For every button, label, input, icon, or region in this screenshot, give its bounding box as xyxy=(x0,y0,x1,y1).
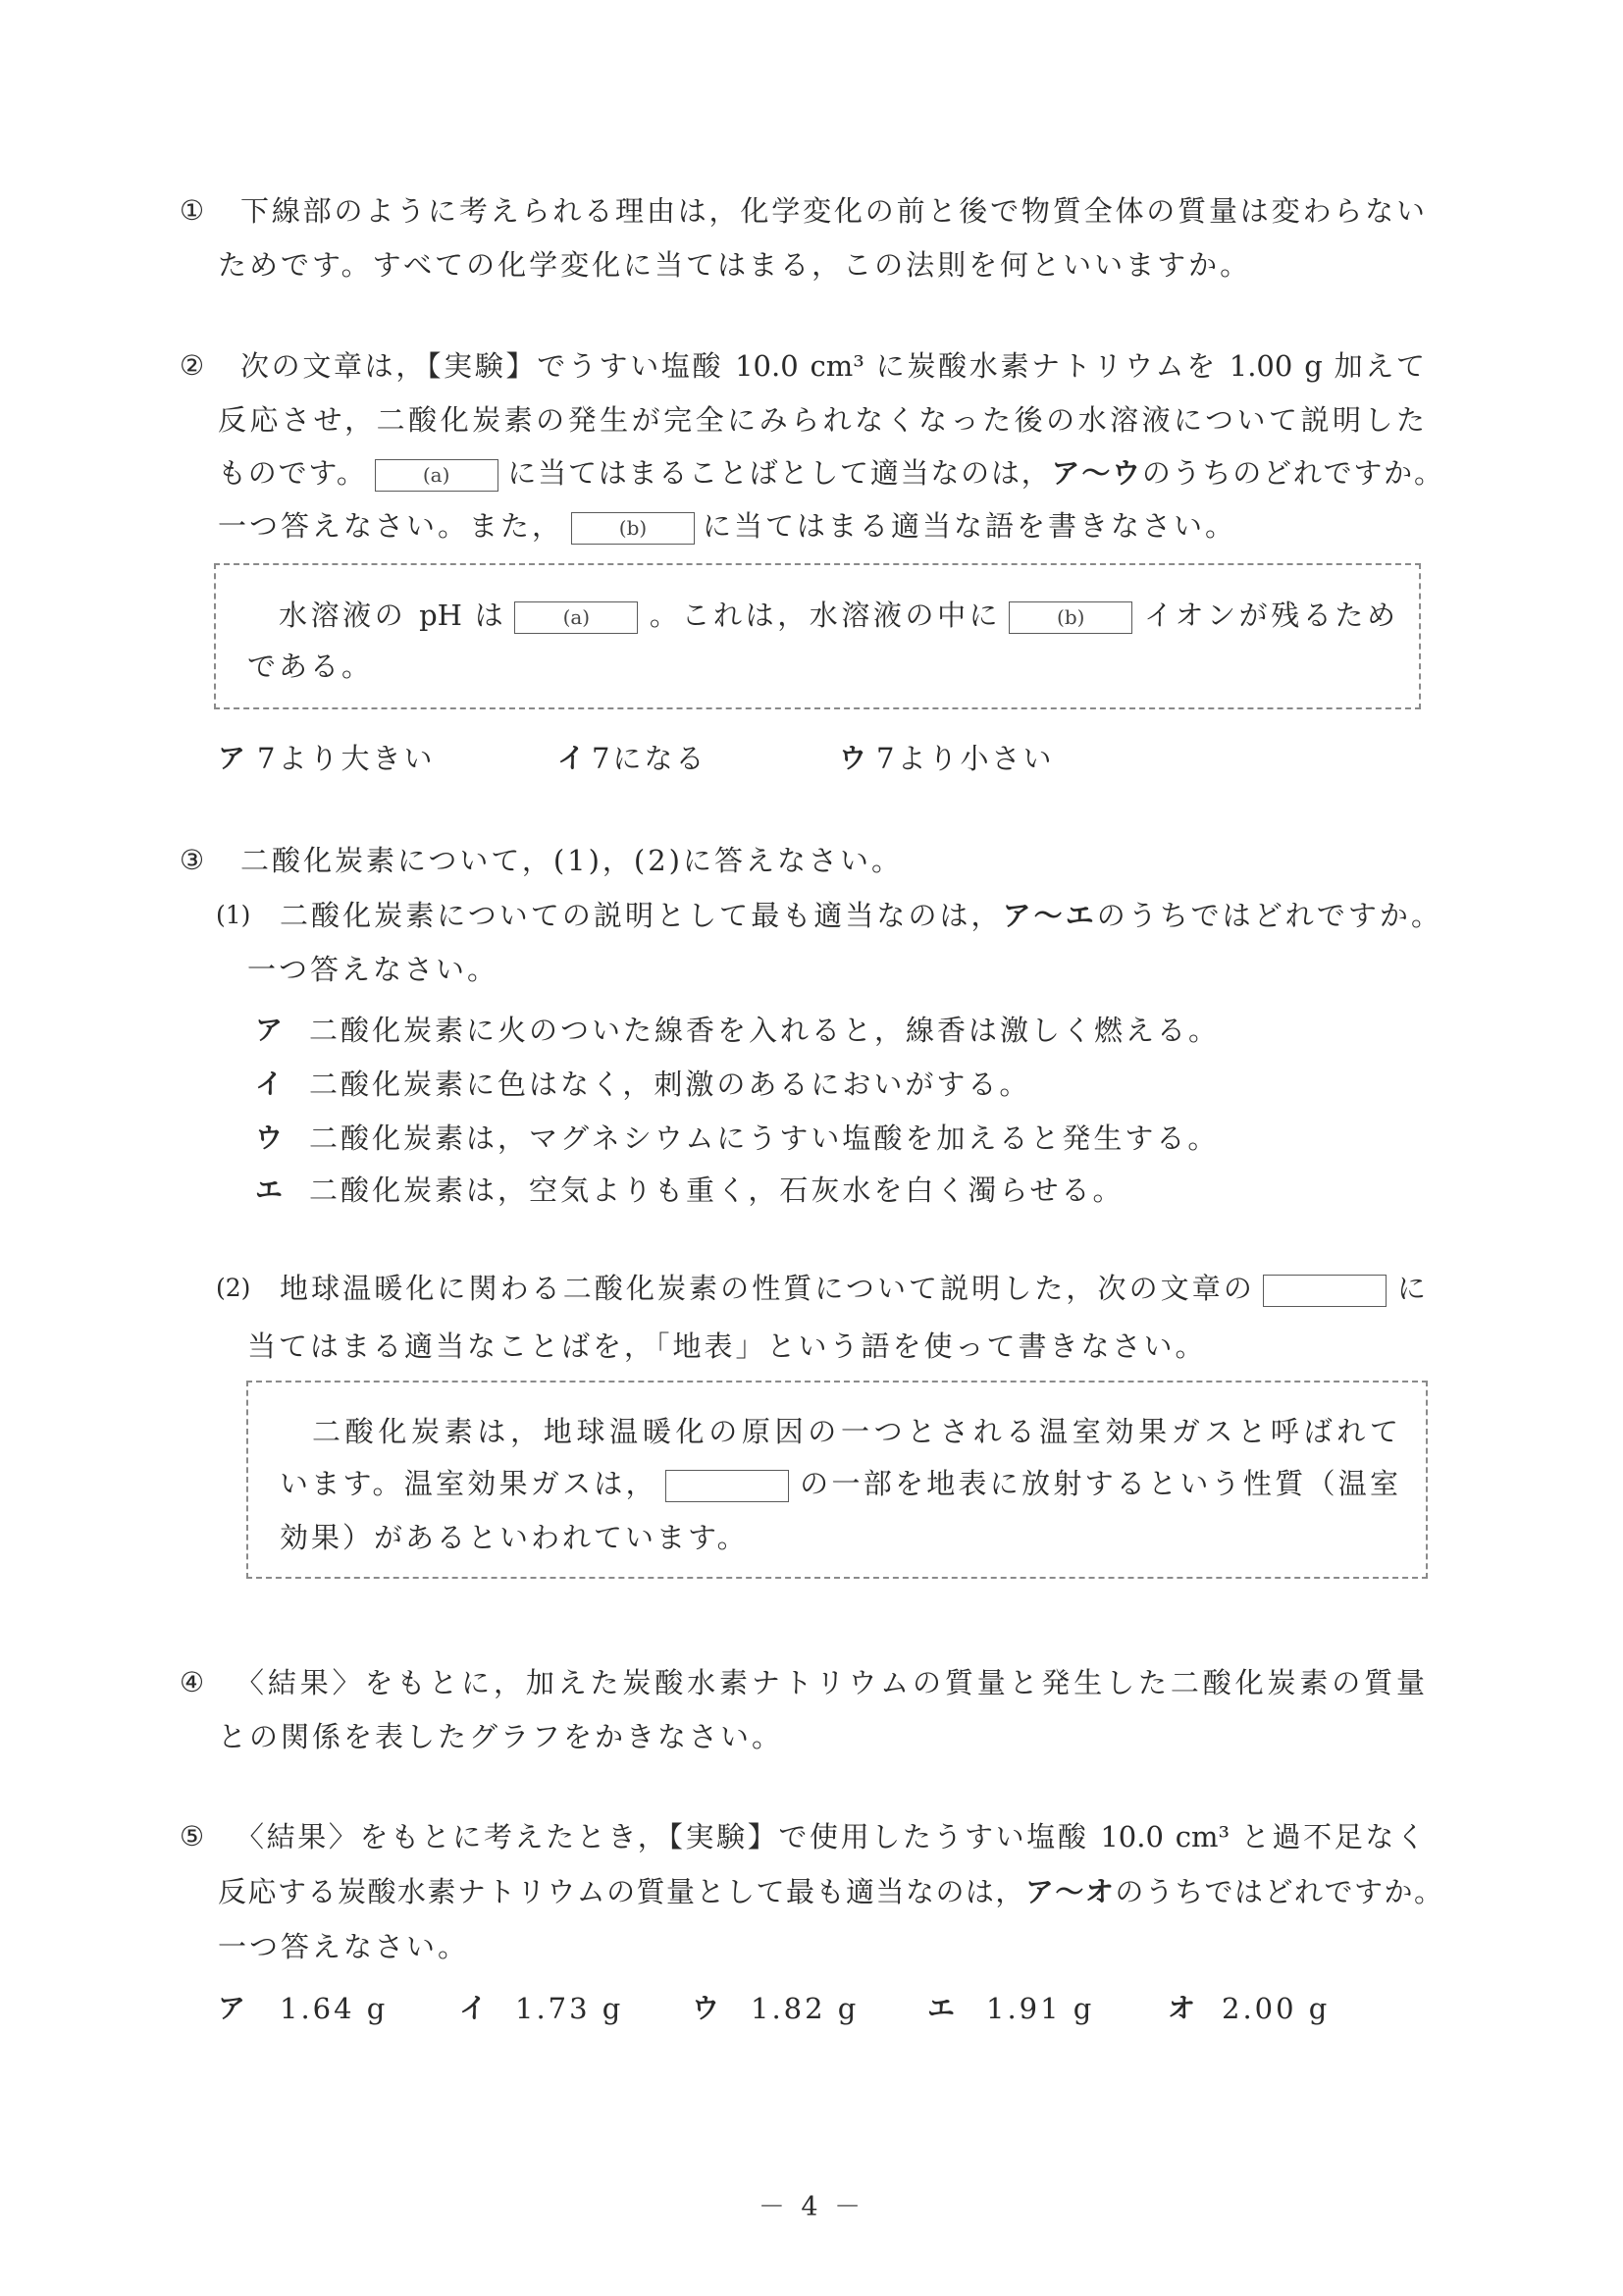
text-segment: に当てはまることばとして適当なのは， xyxy=(506,456,1052,490)
text-segment: のうちではどれですか。 xyxy=(1097,899,1440,932)
question-text-line: 反応する炭酸水素ナトリウムの質量として最も適当なのは，ア～オのうちではどれですか… xyxy=(218,1865,1442,1918)
question-text-line: 〈結果〉をもとに考えたとき，【実験】で使用したうすい塩酸 10.0 cm³ と過… xyxy=(236,1810,1425,1863)
option-text: 1.64 g xyxy=(280,1982,388,2035)
passage-line: 二酸化炭素は，地球温暖化の原因の一つとされる温室効果ガスと呼ばれて xyxy=(312,1405,1398,1458)
option-text: 二酸化炭素は，空気よりも重く，石灰水を白く濁らせる。 xyxy=(309,1164,1125,1217)
option-text: 1.82 g xyxy=(751,1982,859,2035)
option-label: オ xyxy=(1168,1982,1195,2035)
answer-blank xyxy=(665,1470,789,1502)
text-segment: 。これは，水溶液の中に xyxy=(646,599,1001,632)
option-text: 7より大きい xyxy=(257,732,435,785)
option-label: イ xyxy=(557,732,585,785)
choice-range: ア～エ xyxy=(1003,899,1097,932)
option-text: 7より小さい xyxy=(876,732,1054,785)
answer-blank xyxy=(1263,1275,1387,1307)
choice-range: ア～オ xyxy=(1025,1875,1115,1908)
option-label: ア xyxy=(218,1982,245,2035)
option-text: 二酸化炭素は，マグネシウムにうすい塩酸を加えると発生する。 xyxy=(309,1112,1219,1165)
question-text-line: との関係を表したグラフをかきなさい。 xyxy=(218,1710,783,1763)
text-segment: のうちのどれですか。 xyxy=(1142,456,1442,490)
text-segment: 反応する炭酸水素ナトリウムの質量として最も適当なのは， xyxy=(218,1875,1025,1908)
question-number: ② xyxy=(180,339,204,392)
question-number: ⑤ xyxy=(180,1810,204,1863)
question-text-line: 〈結果〉をもとに，加えた炭酸水素ナトリウムの質量と発生した二酸化炭素の質量 xyxy=(236,1656,1425,1709)
option-label: ア xyxy=(218,732,245,785)
question-text-line: 次の文章は，【実験】でうすい塩酸 10.0 cm³ に炭酸水素ナトリウムを 1.… xyxy=(240,339,1425,392)
option-label: イ xyxy=(459,1982,487,2035)
text-segment: ものです。 xyxy=(218,456,367,490)
text-segment: イオンが残るため xyxy=(1140,599,1395,632)
option-text: 1.73 g xyxy=(515,1982,623,2035)
question-number: ① xyxy=(180,184,204,237)
question-number: ④ xyxy=(180,1656,204,1709)
answer-blank-a: (a) xyxy=(375,459,498,492)
question-text-line: 二酸化炭素について，(1)，(2)に答えなさい。 xyxy=(240,834,903,887)
text-segment: います。温室効果ガスは， xyxy=(280,1467,657,1500)
answer-blank-b: (b) xyxy=(1009,601,1132,634)
option-label: エ xyxy=(255,1164,283,1217)
passage-line: 効果）があるといわれています。 xyxy=(280,1511,749,1564)
question-number: ③ xyxy=(180,834,204,887)
passage-line: います。温室効果ガスは，の一部を地表に放射するという性質（温室 xyxy=(280,1457,1398,1510)
question-text-line: 一つ答えなさい。 xyxy=(247,943,498,996)
option-text: 7になる xyxy=(592,732,707,785)
text-segment: 地球温暖化に関わる二酸化炭素の性質について説明した，次の文章の xyxy=(280,1272,1255,1305)
option-text: 2.00 g xyxy=(1222,1982,1330,2035)
question-text-line: ためです。すべての化学変化に当てはまる，この法則を何といいますか。 xyxy=(218,238,1251,291)
option-text: 二酸化炭素に色はなく，刺激のあるにおいがする。 xyxy=(309,1058,1030,1111)
question-text-line: 下線部のように考えられる理由は，化学変化の前と後で物質全体の質量は変わらない xyxy=(240,184,1425,237)
text-segment: 一つ答えなさい。また， xyxy=(218,509,563,543)
question-text-line: 二酸化炭素についての説明として最も適当なのは，ア～エのうちではどれですか。 xyxy=(280,889,1440,942)
answer-blank-b: (b) xyxy=(571,512,695,545)
option-text: 1.91 g xyxy=(986,1982,1094,2035)
option-label: ウ xyxy=(839,732,866,785)
option-label: エ xyxy=(927,1982,955,2035)
question-text-line: 当てはまる適当なことばを，「地表」という語を使って書きなさい。 xyxy=(247,1320,1207,1373)
passage-line: 水溶液の pH は(a)。これは，水溶液の中に(b)イオンが残るため xyxy=(279,589,1395,642)
option-text: 二酸化炭素に火のついた線香を入れると，線香は激しく燃える。 xyxy=(309,1004,1220,1057)
text-segment: に xyxy=(1394,1272,1426,1305)
choice-range: ア～ウ xyxy=(1052,456,1142,490)
text-segment: の一部を地表に放射するという性質（温室 xyxy=(797,1467,1398,1500)
question-text-line: 反応させ，二酸化炭素の発生が完全にみられなくなった後の水溶液について説明した xyxy=(218,393,1425,446)
passage-line: である。 xyxy=(247,640,373,693)
page-number: － 4 － xyxy=(713,2181,910,2234)
option-label: ア xyxy=(255,1004,283,1057)
subquestion-number: (2) xyxy=(216,1262,250,1315)
text-segment: に当てはまる適当な語を書きなさい。 xyxy=(703,509,1236,543)
option-label: ウ xyxy=(692,1982,719,2035)
text-segment: のうちではどれですか。 xyxy=(1115,1875,1442,1908)
option-label: イ xyxy=(255,1058,283,1111)
exam-page: ① 下線部のように考えられる理由は，化学変化の前と後で物質全体の質量は変わらない… xyxy=(0,0,1623,2296)
question-text-line: 一つ答えなさい。また，(b)に当てはまる適当な語を書きなさい。 xyxy=(218,499,1236,552)
answer-blank-a: (a) xyxy=(514,601,638,634)
question-text-line: 一つ答えなさい。 xyxy=(218,1920,469,1973)
question-text-line: 地球温暖化に関わる二酸化炭素の性質について説明した，次の文章のに xyxy=(280,1262,1426,1315)
subquestion-number: (1) xyxy=(216,889,250,942)
option-label: ウ xyxy=(255,1112,283,1165)
text-segment: 水溶液の pH は xyxy=(279,599,506,632)
text-segment: 二酸化炭素についての説明として最も適当なのは， xyxy=(280,899,1003,932)
question-text-line: ものです。(a)に当てはまることばとして適当なのは，ア～ウのうちのどれですか。 xyxy=(218,446,1442,499)
